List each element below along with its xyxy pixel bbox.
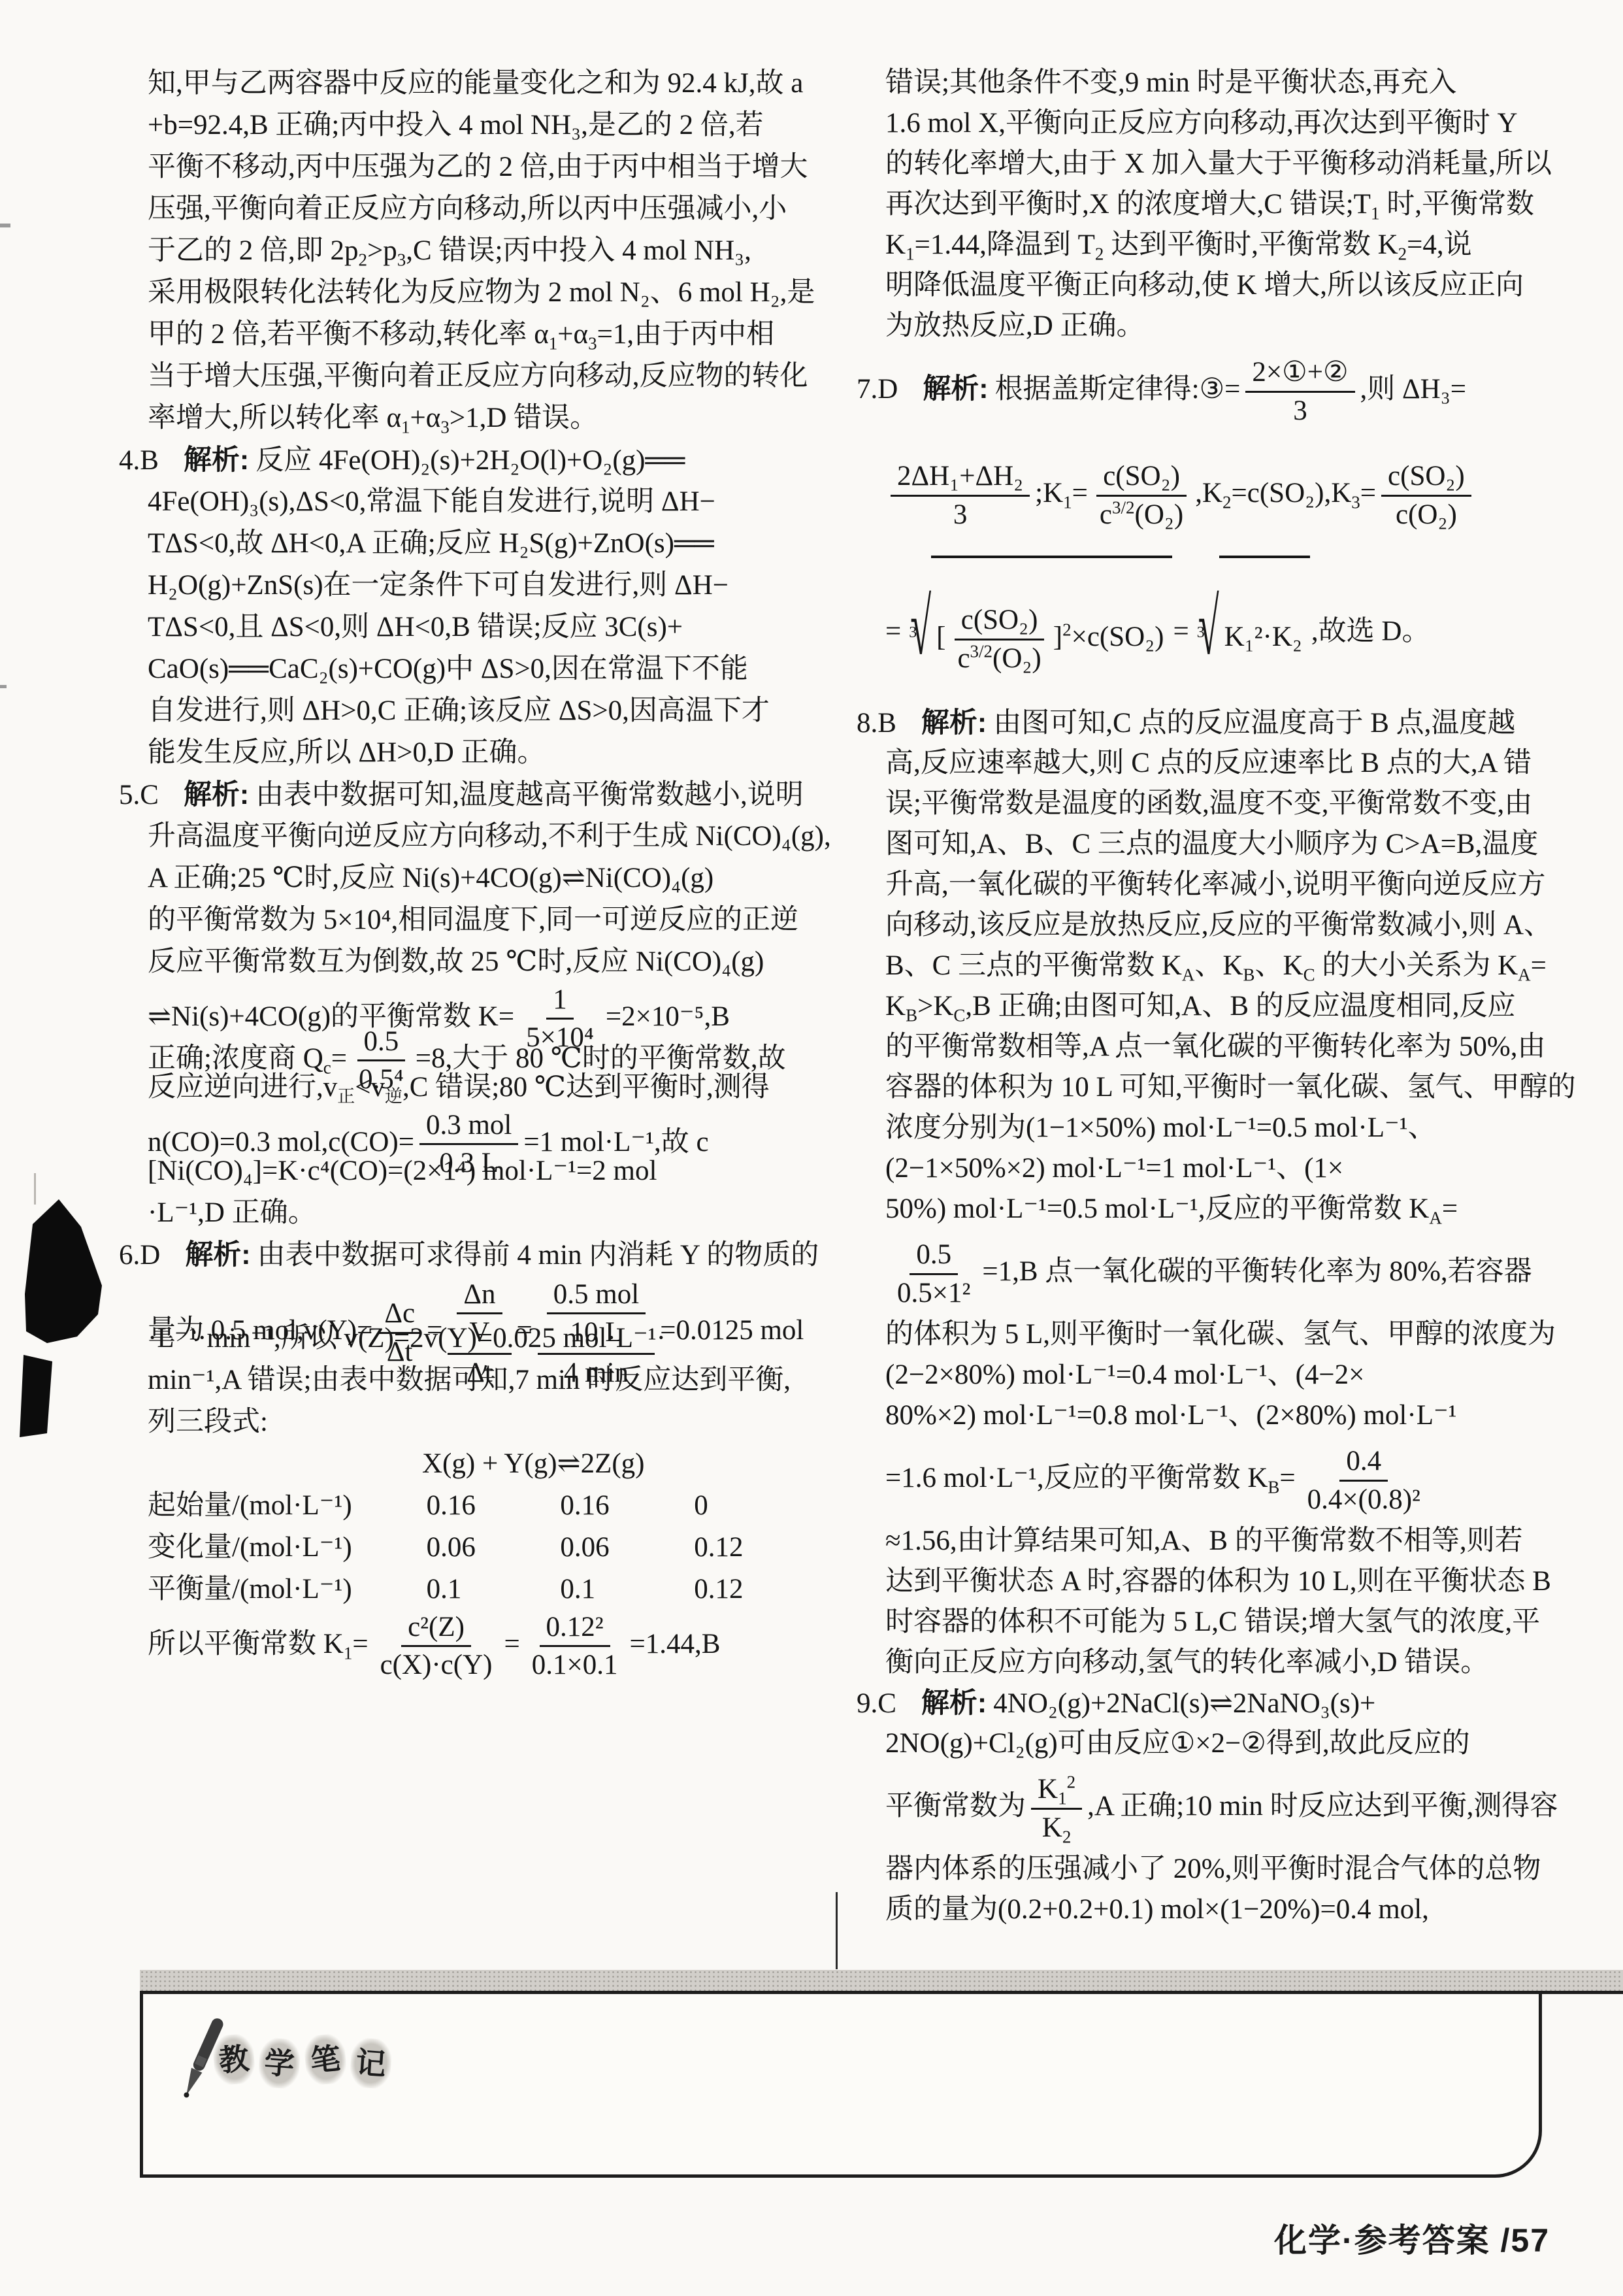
text-line: 8.B解析:由图可知,C 点的反应温度高于 B 点,温度越 [885,703,1595,743]
table-cell: 0.06 [427,1527,561,1569]
text-line: 平衡常数为K12K2,A 正确;10 min 时反应达到平衡,测得容 [885,1764,1595,1849]
answer-number: 6.D [119,1240,160,1271]
text-line: min⁻¹,A 错误;由表中数据可知,7 min 时反应达到平衡, [148,1359,828,1401]
table-cell: 0.06 [560,1527,694,1569]
text-line: 时容器的体积不可能为 5 L,C 错误;增大氢气的浓度,平 [885,1602,1595,1642]
text-line: 衡向正反应方向移动,氢气的转化率减小,D 错误。 [885,1642,1595,1683]
text-line: [Ni(CO)₄]=K·c⁴(CO)=(2×1⁴) mol·L⁻¹=2 mol [148,1150,828,1192]
text-line: +b=92.4,B 正确;丙中投入 4 mol NH₃,是乙的 2 倍,若 [148,105,828,146]
answer-block: 8.B解析:由图可知,C 点的反应温度高于 B 点,温度越高,反应速率越大,则 … [857,703,1595,1683]
text-line: 反应逆向进行,v正<v逆,C 错误;80 ℃达到平衡时,测得 [148,1067,828,1108]
text-line: 高,反应速率越大,则 C 点的反应速率比 B 点的大,A 错 [885,743,1595,784]
text-line: 9.C解析:4NO₂(g)+2NaCl(s)⇌2NaNO₃(s)+ [885,1683,1595,1723]
table-row: 起始量/(mol·L⁻¹)0.160.160 [148,1485,828,1527]
text-line: 容器的体积为 10 L 可知,平衡时一氧化碳、氢气、甲醇的 [885,1067,1595,1108]
text-line: 甲的 2 倍,若平衡不移动,转化率 α1+α3=1,由于丙中相 [148,314,828,356]
text-line: TΔS<0,故 ΔH<0,A 正确;反应 H₂S(g)+ZnO(s)══ [148,523,828,565]
page-footer: 化学·参考答案 /57 [1274,2214,1601,2261]
answer-block: 6.D解析:由表中数据可求得前 4 min 内消耗 Y 的物质的量为 0.5 m… [119,1234,828,1652]
text-line: 于乙的 2 倍,即 2p2>p3,C 错误;丙中投入 4 mol NH₃, [148,230,828,272]
answer-number: 9.C [857,1688,896,1719]
text-line: 的平衡常数相等,A 点一氧化碳的平衡转化率为 50%,由 [885,1027,1595,1067]
text-line: (2−2×80%) mol·L⁻¹=0.4 mol·L⁻¹、(4−2× [885,1355,1595,1395]
answer-block: 4.B解析:反应 4Fe(OH)₂(s)+2H₂O(l)+O₂(g)══4Fe(… [119,439,828,774]
text-line: B、C 三点的平衡常数 KA、KB、KC 的大小关系为 KA= [885,946,1595,986]
answer-column-left: 知,甲与乙两容器中反应的能量变化之和为 92.4 kJ,故 a+b=92.4,B… [119,63,828,1652]
text-line: 6.D解析:由表中数据可求得前 4 min 内消耗 Y 的物质的 [148,1234,828,1276]
text-line: 知,甲与乙两容器中反应的能量变化之和为 92.4 kJ,故 a [148,63,828,105]
answer-column-right: 错误;其他条件不变,9 min 时是平衡状态,再充入1.6 mol X,平衡向正… [857,63,1595,1930]
text-line: 1.6 mol X,平衡向正反应方向移动,再次达到平衡时 Y [885,103,1595,144]
text-line: 0.50.5×1²=1,B 点一氧化碳的平衡转化率为 80%,若容器 [885,1229,1595,1314]
answer-block: 知,甲与乙两容器中反应的能量变化之和为 92.4 kJ,故 a+b=92.4,B… [119,63,828,439]
text-line: =1.6 mol·L⁻¹,反应的平衡常数 KB=0.40.4×(0.8)² [885,1436,1595,1521]
table-cell: 0.1 [560,1569,694,1610]
text-line: 率增大,所以转化率 α1+α3>1,D 错误。 [148,397,828,439]
text-line: CaO(s)══CaC₂(s)+CO(g)中 ΔS>0,因在常温下不能 [148,648,828,690]
text-line: K1=1.44,降温到 T2 达到平衡时,平衡常数 K2=4,说 [885,225,1595,265]
notes-label: 教学笔记 [214,2035,397,2084]
text-line: 的体积为 5 L,则平衡时一氧化碳、氢气、甲醇的浓度为 [885,1314,1595,1355]
table-row-label: 起始量/(mol·L⁻¹) [148,1485,427,1527]
text-line: X(g) + Y(g)⇌2Z(g) [148,1443,828,1485]
text-line: A 正确;25 ℃时,反应 Ni(s)+4CO(g)⇌Ni(CO)₄(g) [148,857,828,899]
scan-artifact-line [836,1892,838,1969]
notes-label-char: 教 [212,2033,256,2086]
text-line: 质的量为(0.2+0.2+0.1) mol×(1−20%)=0.4 mol, [885,1889,1595,1930]
text-line: 的转化率增大,由于 X 加入量大于平衡移动消耗量,所以 [885,144,1595,184]
text-line: 错误;其他条件不变,9 min 时是平衡状态,再充入 [885,63,1595,103]
answer-block: 5.C解析:由表中数据可知,温度越高平衡常数越小,说明升高温度平衡向逆反应方向移… [119,774,828,1234]
answer-block: 7.D解析:根据盖斯定律得:③=2×①+②3,则 ΔH₃=2ΔH₁+ΔH₂3;K… [857,346,1595,703]
scan-artifact-dash [0,224,10,227]
text-line: H₂O(g)+ZnS(s)在一定条件下可自发进行,则 ΔH− [148,565,828,607]
table-cell: 0 [694,1485,828,1527]
table-cell: 0.1 [427,1569,561,1610]
table-row: 变化量/(mol·L⁻¹)0.060.060.12 [148,1527,828,1569]
table-row: 平衡量/(mol·L⁻¹)0.10.10.12 [148,1569,828,1610]
answer-number: 8.B [857,708,896,739]
text-line: 50%) mol·L⁻¹=0.5 mol·L⁻¹,反应的平衡常数 KA= [885,1189,1595,1229]
notes-box-topline [1535,1991,1623,1994]
text-line: 80%×2) mol·L⁻¹=0.8 mol·L⁻¹、(2×80%) mol·L… [885,1395,1595,1436]
notes-box-shadow-strip [140,1970,1623,1991]
text-line: 7.D解析:根据盖斯定律得:③=2×①+②3,则 ΔH₃= [885,346,1595,431]
table-cell: 0.16 [427,1485,561,1527]
text-line: 误;平衡常数是温度的函数,温度不变,平衡常数不变,由 [885,784,1595,824]
answer-number: 5.C [119,780,159,810]
text-line: 为放热反应,D 正确。 [885,306,1595,346]
text-line: ⇌Ni(s)+4CO(g)的平衡常数 K=15×10⁴=2×10⁻⁵,B [148,983,828,1025]
scan-artifact-blob [0,1173,118,1448]
text-line: n(CO)=0.3 mol,c(CO)=0.3 mol0.3 L=1 mol·L… [148,1108,828,1150]
text-line: 图可知,A、B、C 三点的温度大小顺序为 C>A=B,温度 [885,824,1595,865]
answer-number: 4.B [119,445,159,476]
text-line: 当于增大压强,平衡向着正反应方向移动,反应物的转化 [148,356,828,397]
text-line: 浓度分别为(1−1×50%) mol·L⁻¹=0.5 mol·L⁻¹、 [885,1108,1595,1148]
text-line: 反应平衡常数互为倒数,故 25 ℃时,反应 Ni(CO)₄(g) [148,941,828,983]
text-line: 达到平衡状态 A 时,容器的体积为 10 L,则在平衡状态 B [885,1561,1595,1602]
text-line: 压强,平衡向着正反应方向移动,所以丙中压强减小,小 [148,188,828,230]
text-line: (2−1×50%×2) mol·L⁻¹=1 mol·L⁻¹、(1× [885,1148,1595,1189]
notes-label-char: 学 [257,2037,301,2089]
text-line: 5.C解析:由表中数据可知,温度越高平衡常数越小,说明 [148,774,828,816]
text-line: 2NO(g)+Cl₂(g)可由反应①×2−②得到,故此反应的 [885,1723,1595,1764]
text-line: ≈1.56,由计算结果可知,A、B 的平衡常数不相等,则若 [885,1521,1595,1561]
text-line: 明降低温度平衡正向移动,使 K 增大,所以该反应正向 [885,265,1595,306]
text-line: 升高,一氧化碳的平衡转化率减小,说明平衡向逆反应方 [885,865,1595,905]
answer-number: 7.D [857,374,898,405]
text-line: 2ΔH₁+ΔH₂3;K1=c(SO₂)c3/2(O₂),K2=c(SO₂),K3… [885,431,1595,556]
text-line: 4.B解析:反应 4Fe(OH)₂(s)+2H₂O(l)+O₂(g)══ [148,439,828,481]
table-cell: 0.12 [694,1569,828,1610]
text-line: ·L⁻¹,D 正确。 [148,1192,828,1234]
text-line: 能发生反应,所以 ΔH>0,D 正确。 [148,732,828,774]
table-row-label: 变化量/(mol·L⁻¹) [148,1527,427,1569]
answer-block: 9.C解析:4NO₂(g)+2NaCl(s)⇌2NaNO₃(s)+2NO(g)+… [857,1683,1595,1930]
text-line: 再次达到平衡时,X 的浓度增大,C 错误;T1 时,平衡常数 [885,184,1595,225]
notes-box: 教学笔记 [140,1991,1542,2178]
text-line: 的平衡常数为 5×10⁴,相同温度下,同一可逆反应的正逆 [148,899,828,941]
text-line: 4Fe(OH)₃(s),ΔS<0,常温下能自发进行,说明 ΔH− [148,481,828,523]
text-line: 器内体系的压强减小了 20%,则平衡时混合气体的总物 [885,1849,1595,1889]
text-line: 正确;浓度商 Qc=0.50.5⁴=8,大于 80 ℃时的平衡常数,故 [148,1025,828,1067]
text-line: 平衡不移动,丙中压强为乙的 2 倍,由于丙中相当于增大 [148,146,828,188]
notes-label-char: 笔 [303,2033,348,2086]
text-line: KB>KC,B 正确;由图可知,A、B 的反应温度相同,反应 [885,986,1595,1027]
notes-label-char: 记 [349,2037,393,2089]
text-line: TΔS<0,且 ΔS<0,则 ΔH<0,B 错误;反应 3C(s)+ [148,607,828,648]
scan-artifact-dash [0,685,7,688]
text-line: 列三段式: [148,1401,828,1443]
table-cell: 0.16 [560,1485,694,1527]
text-line: =3√[c(SO₂)c3/2(O₂)]2×c(SO₂)=3√K₁²·K₂,故选 … [885,556,1595,703]
text-line: 升高温度平衡向逆反应方向移动,不利于生成 Ni(CO)₄(g), [148,816,828,857]
text-line: 自发进行,则 ΔH>0,C 正确;该反应 ΔS>0,因高温下才 [148,690,828,732]
table-cell: 0.12 [694,1527,828,1569]
text-line: 所以平衡常数 K1=c²(Z)c(X)·c(Y)=0.12²0.1×0.1=1.… [148,1610,828,1652]
answer-block: 错误;其他条件不变,9 min 时是平衡状态,再充入1.6 mol X,平衡向正… [857,63,1595,346]
table-row-label: 平衡量/(mol·L⁻¹) [148,1569,427,1610]
text-line: 采用极限转化法转化为反应物为 2 mol N₂、6 mol H₂,是 [148,272,828,314]
text-line: 向移动,该反应是放热反应,反应的平衡常数减小,则 A、 [885,905,1595,946]
text-line: 量为 0.5 mol,v(Y)=ΔcΔt=ΔnVΔt=0.5 mol10 L4 … [148,1276,828,1318]
